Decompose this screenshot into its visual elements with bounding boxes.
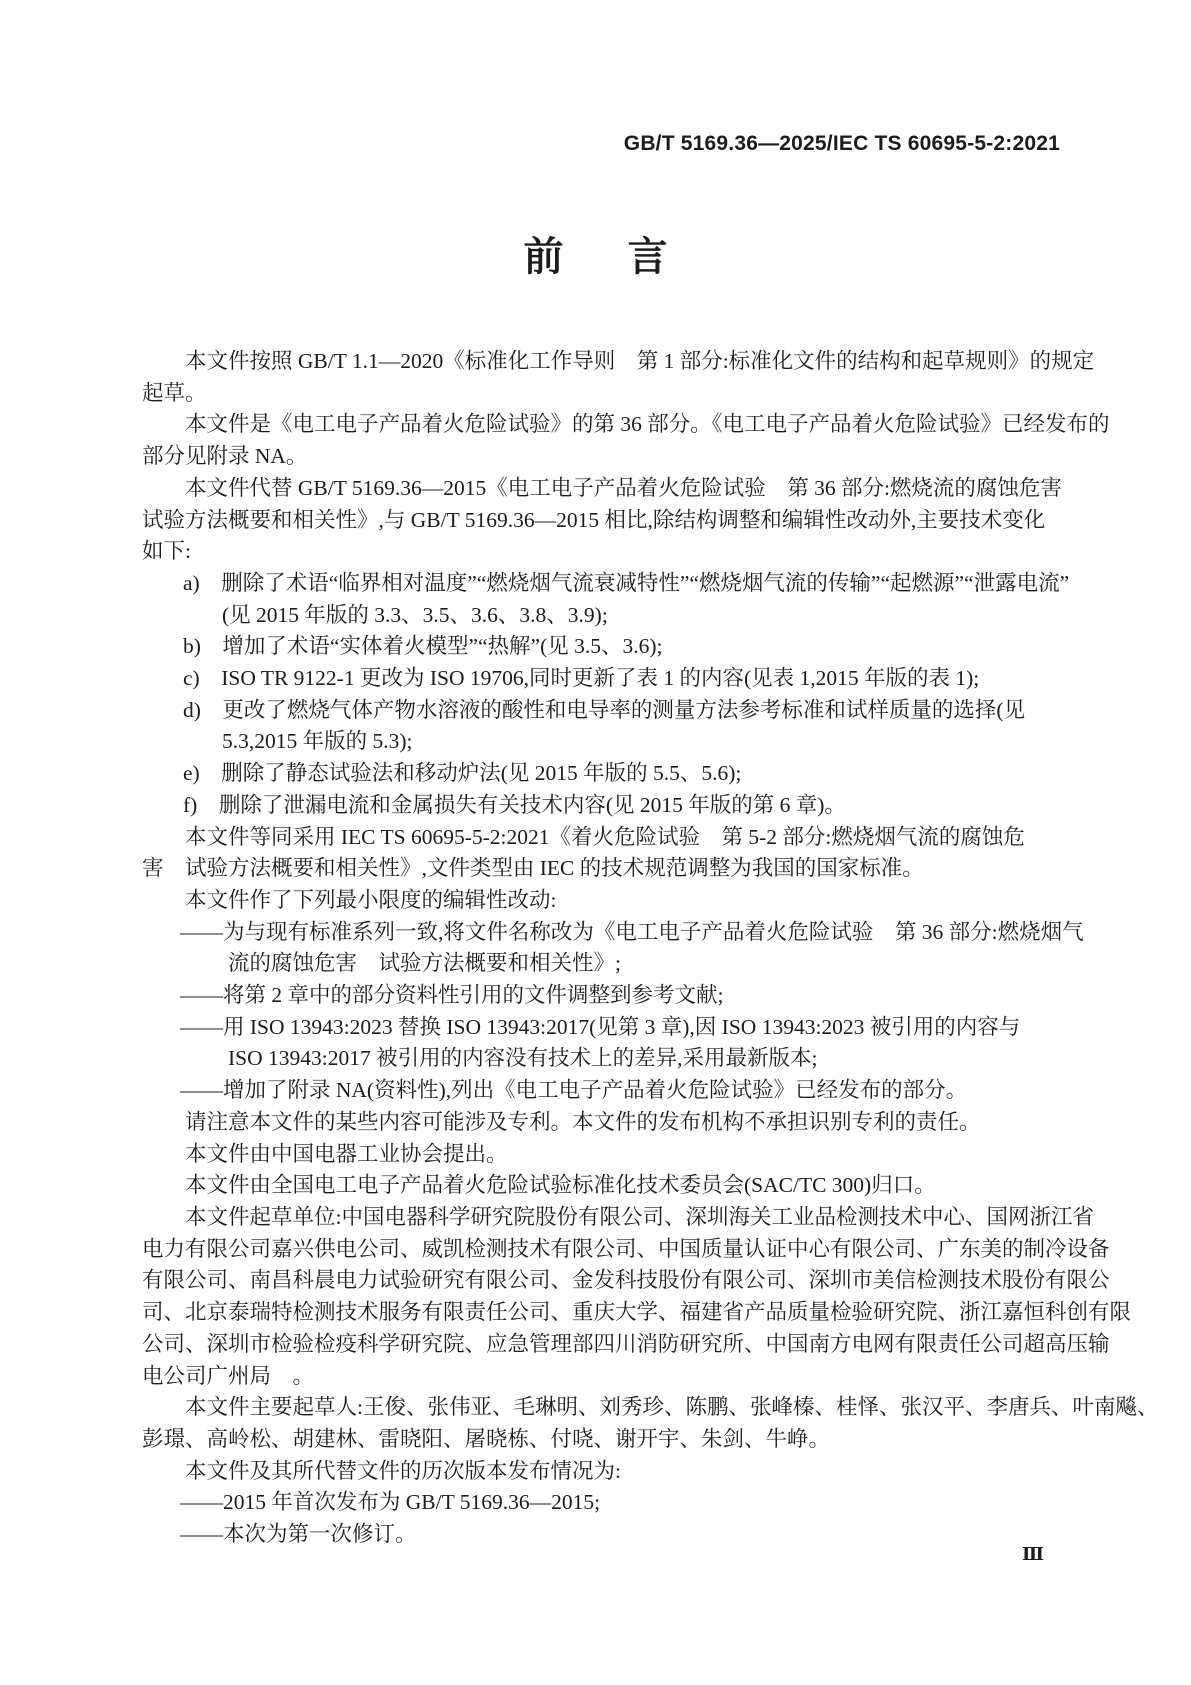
body-line: 流的腐蚀危害 试验方法概要和相关性》; — [142, 948, 1062, 980]
body-line: 电公司广州局 。 — [142, 1361, 1062, 1393]
body-line: 司、北京泰瑞特检测技术服务有限责任公司、重庆大学、福建省产品质量检验研究院、浙江… — [142, 1297, 1062, 1329]
body-line: ——为与现有标准系列一致,将文件名称改为《电工电子产品着火危险试验 第 36 部… — [142, 917, 1062, 949]
body-line: 本文件由中国电器工业协会提出。 — [142, 1139, 1062, 1171]
body-line: f) 删除了泄漏电流和金属损失有关技术内容(见 2015 年版的第 6 章)。 — [142, 790, 1062, 822]
body-line: 本文件代替 GB/T 5169.36—2015《电工电子产品着火危险试验 第 3… — [142, 473, 1062, 505]
page-number: Ⅲ — [1022, 1544, 1044, 1565]
body-line: 害 试验方法概要和相关性》,文件类型由 IEC 的技术规范调整为我国的国家标准。 — [142, 853, 1062, 885]
body-line: 本文件作了下列最小限度的编辑性改动: — [142, 885, 1062, 917]
body-line: ——2015 年首次发布为 GB/T 5169.36—2015; — [142, 1487, 1062, 1519]
body-line: 本文件是《电工电子产品着火危险试验》的第 36 部分。《电工电子产品着火危险试验… — [142, 409, 1062, 441]
body-line: 如下: — [142, 536, 1062, 568]
body-line: a) 删除了术语“临界相对温度”“燃烧烟气流衰减特性”“燃烧烟气流的传输”“起燃… — [142, 568, 1062, 600]
body-line: ——将第 2 章中的部分资料性引用的文件调整到参考文献; — [142, 980, 1062, 1012]
body-line: 5.3,2015 年版的 5.3); — [142, 726, 1062, 758]
body-line: 有限公司、南昌科晨电力试验研究有限公司、金发科技股份有限公司、深圳市美信检测技术… — [142, 1265, 1062, 1297]
page-title-char-left: 前 — [524, 234, 564, 280]
body-line: ——用 ISO 13943:2023 替换 ISO 13943:2017(见第 … — [142, 1012, 1062, 1044]
body-line: 试验方法概要和相关性》,与 GB/T 5169.36—2015 相比,除结构调整… — [142, 505, 1062, 537]
body-line: 本文件主要起草人:王俊、张伟亚、毛琳明、刘秀珍、陈鹏、张峰榛、桂怿、张汉平、李唐… — [142, 1392, 1062, 1424]
body-line: 本文件按照 GB/T 1.1—2020《标准化工作导则 第 1 部分:标准化文件… — [142, 346, 1062, 378]
document-page: GB/T 5169.36—2025/IEC TS 60695-5-2:2021 … — [0, 0, 1191, 1685]
body-line: 本文件及其所代替文件的历次版本发布情况为: — [142, 1456, 1062, 1488]
foreword-body: 本文件按照 GB/T 1.1—2020《标准化工作导则 第 1 部分:标准化文件… — [142, 346, 1062, 1551]
body-line: 请注意本文件的某些内容可能涉及专利。本文件的发布机构不承担识别专利的责任。 — [142, 1107, 1062, 1139]
body-line: 彭璟、高岭松、胡建林、雷晓阳、屠晓栋、付哓、谢开宇、朱剑、牛峥。 — [142, 1424, 1062, 1456]
standard-number: GB/T 5169.36—2025/IEC TS 60695-5-2:2021 — [624, 132, 1060, 156]
body-line: c) ISO TR 9122-1 更改为 ISO 19706,同时更新了表 1 … — [142, 663, 1062, 695]
body-line: 公司、深圳市检验检疫科学研究院、应急管理部四川消防研究所、中国南方电网有限责任公… — [142, 1329, 1062, 1361]
page-title: 前 言 — [0, 234, 1191, 280]
page-title-char-right: 言 — [628, 234, 668, 280]
body-line: ——增加了附录 NA(资料性),列出《电工电子产品着火危险试验》已经发布的部分。 — [142, 1075, 1062, 1107]
body-line: 电力有限公司嘉兴供电公司、威凯检测技术有限公司、中国质量认证中心有限公司、广东美… — [142, 1234, 1062, 1266]
body-line: ISO 13943:2017 被引用的内容没有技术上的差异,采用最新版本; — [142, 1043, 1062, 1075]
body-line: 本文件起草单位:中国电器科学研究院股份有限公司、深圳海关工业品检测技术中心、国网… — [142, 1202, 1062, 1234]
body-line: ——本次为第一次修订。 — [142, 1519, 1062, 1551]
body-line: (见 2015 年版的 3.3、3.5、3.6、3.8、3.9); — [142, 600, 1062, 632]
body-line: e) 删除了静态试验法和移动炉法(见 2015 年版的 5.5、5.6); — [142, 758, 1062, 790]
body-line: 本文件等同采用 IEC TS 60695-5-2:2021《着火危险试验 第 5… — [142, 822, 1062, 854]
body-line: 起草。 — [142, 378, 1062, 410]
body-line: b) 增加了术语“实体着火模型”“热解”(见 3.5、3.6); — [142, 631, 1062, 663]
body-line: 部分见附录 NA。 — [142, 441, 1062, 473]
body-line: 本文件由全国电工电子产品着火危险试验标准化技术委员会(SAC/TC 300)归口… — [142, 1170, 1062, 1202]
body-line: d) 更改了燃烧气体产物水溶液的酸性和电导率的测量方法参考标准和试样质量的选择(… — [142, 695, 1062, 727]
